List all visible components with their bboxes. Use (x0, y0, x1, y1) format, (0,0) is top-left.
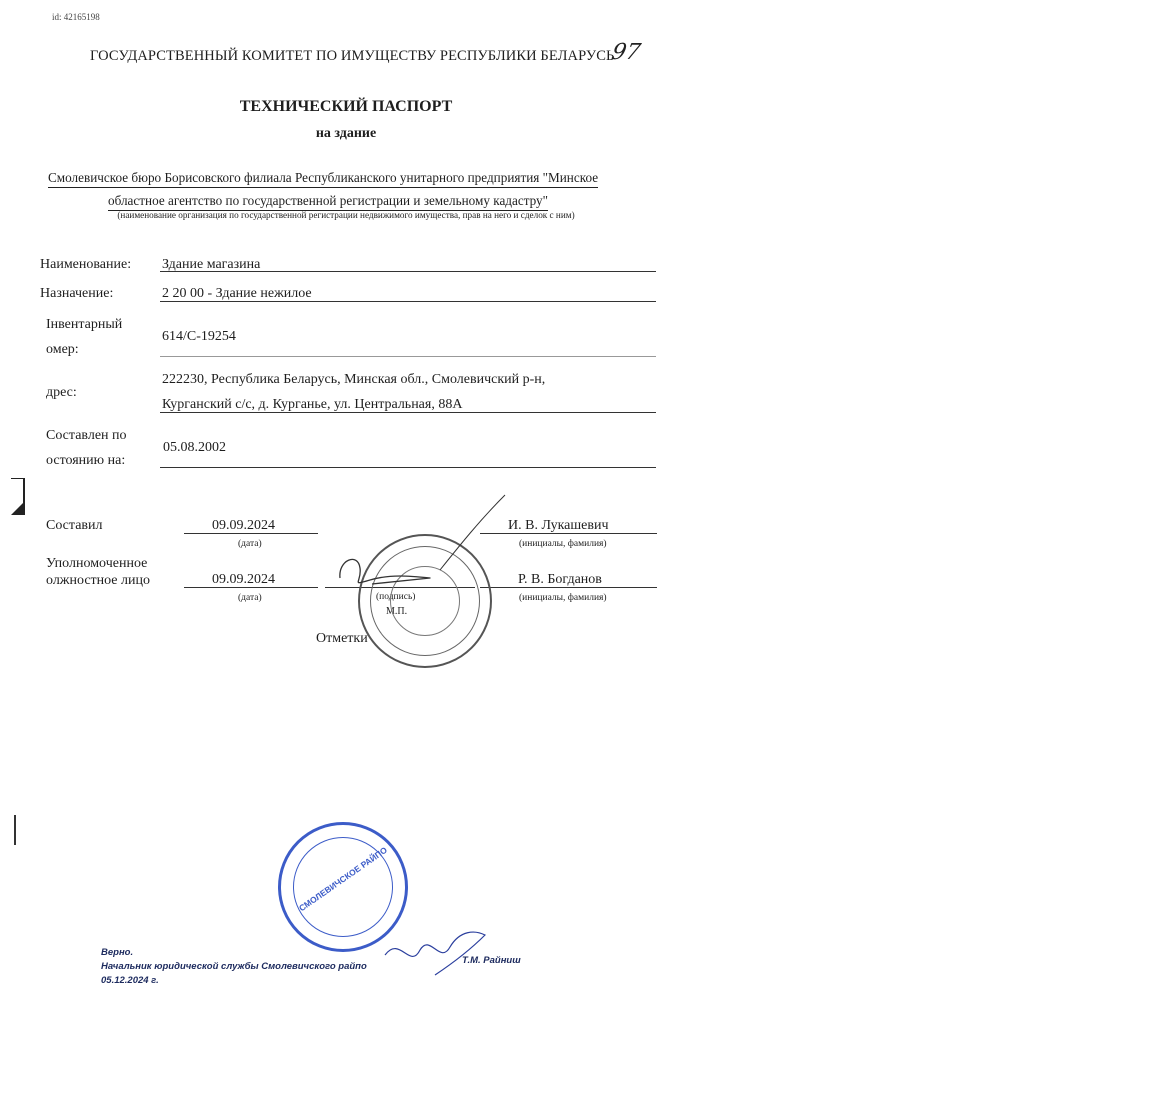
compiled-as-of-label-1: Составлен по (46, 428, 127, 444)
document-title: ТЕХНИЧЕСКИЙ ПАСПОРТ (0, 98, 692, 116)
name-label: Наименование: (40, 257, 131, 273)
organization-line-1: Смолевичское бюро Борисовского филиала Р… (48, 170, 598, 188)
handwritten-signature-icon (330, 490, 520, 600)
compiled-as-of-underline (160, 467, 656, 468)
authorized-date-caption: (дата) (238, 593, 262, 603)
compiled-by-date-caption: (дата) (238, 539, 262, 549)
scan-edge-line (14, 815, 16, 845)
purpose-value: 2 20 00 - Здание нежилое (162, 286, 312, 302)
compiled-by-date-line (184, 533, 318, 534)
document-id: id: 42165198 (52, 12, 100, 22)
organization-line-2: областное агентство по государственной р… (108, 193, 548, 211)
notes-label: Отметки (316, 631, 368, 647)
organization-caption: (наименование организация по государстве… (0, 210, 692, 220)
compiled-by-date: 09.09.2024 (212, 518, 275, 534)
address-label: дрес: (46, 385, 77, 401)
address-underline (160, 412, 656, 413)
compiled-by-label: Составил (46, 518, 103, 534)
inventory-label-1: Інвентарный (46, 317, 122, 333)
authorized-name: Р. В. Богданов (518, 572, 602, 588)
authorized-name-caption: (инициалы, фамилия) (519, 593, 607, 603)
address-value-1: 222230, Республика Беларусь, Минская обл… (162, 372, 545, 388)
authorized-label-2: олжностное лицо (46, 573, 150, 589)
inventory-label-2: омер: (46, 342, 79, 358)
inventory-underline (160, 356, 656, 357)
address-value-2: Курганский с/с, д. Курганье, ул. Централ… (162, 397, 462, 413)
compiled-by-name-caption: (инициалы, фамилия) (519, 539, 607, 549)
authorized-date: 09.09.2024 (212, 572, 275, 588)
purpose-label: Назначение: (40, 286, 113, 302)
compiled-by-name: И. В. Лукашевич (508, 518, 609, 534)
committee-heading: ГОСУДАРСТВЕННЫЙ КОМИТЕТ ПО ИМУЩЕСТВУ РЕС… (90, 48, 614, 65)
document-subtitle: на здание (0, 126, 692, 142)
compiled-as-of-label-2: остоянию на: (46, 453, 125, 469)
certification-signer: Т.М. Райниш (462, 955, 521, 966)
inventory-value: 614/С-19254 (162, 329, 236, 345)
name-underline (160, 271, 656, 272)
certification-date: 05.12.2024 г. (101, 975, 159, 986)
compiled-as-of-value: 05.08.2002 (163, 440, 226, 456)
authorized-label-1: Уполномоченное (46, 556, 147, 572)
scan-corner-mark (11, 478, 25, 515)
purpose-underline (160, 301, 656, 302)
certification-position: Начальник юридической службы Смолевичско… (101, 961, 367, 972)
certification-verified: Верно. (101, 947, 133, 958)
handwritten-page-number: 97 (609, 40, 642, 65)
handwritten-signature-blue-icon (380, 925, 500, 980)
authorized-date-line (184, 587, 318, 588)
